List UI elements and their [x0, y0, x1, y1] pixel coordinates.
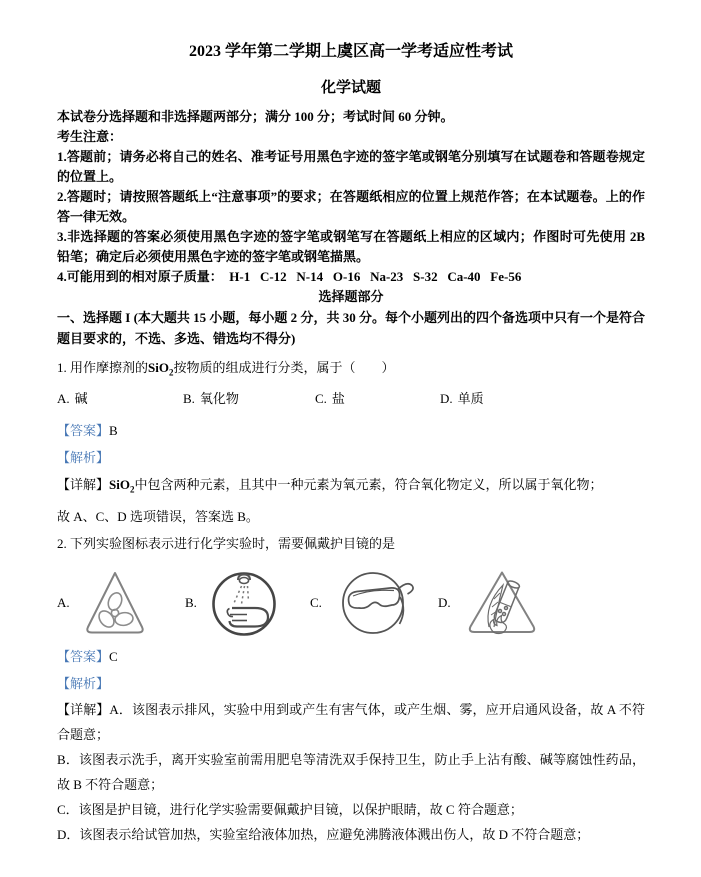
option-label: C. — [310, 595, 322, 611]
exam-title: 2023 学年第二学期上虞区高一学考适应性考试 — [57, 42, 645, 62]
question-1-option-c: C.盐 — [315, 386, 440, 412]
option-text: 单质 — [458, 391, 484, 406]
option-label: C. — [315, 391, 327, 406]
answer-label: 【答案】 — [57, 649, 109, 664]
question-1-stem: 1. 用作摩擦剂的SiO2按物质的组成进行分类，属于（ ） — [57, 355, 645, 386]
detail-label: 【详解】 — [57, 477, 109, 492]
question-2-answer: 【答案】C — [57, 643, 645, 670]
safety-goggles-icon — [336, 567, 420, 639]
option-label: D. — [438, 595, 451, 611]
notice-1: 1.答题前；请务必将自己的姓名、准考证号用黑色字迹的签字笔或钢笔分别填写在试题卷… — [57, 147, 645, 187]
option-label: B. — [183, 391, 195, 406]
question-1-analysis: 【解析】 — [57, 444, 645, 471]
option-text: 碱 — [75, 391, 88, 406]
question-2-option-a: A. — [57, 569, 185, 637]
section-heading: 选择题部分 — [57, 287, 645, 307]
question-1-detail-conclusion: 故 A、C、D 选项错误，答案选 B。 — [57, 503, 645, 530]
notice-2: 2.答题时；请按照答题纸上“注意事项”的要求；在答题纸相应的位置上规范作答；在本… — [57, 187, 645, 227]
answer-value: B — [109, 423, 118, 438]
question-2-analysis: 【解析】 — [57, 670, 645, 697]
ventilation-fan-icon — [84, 569, 146, 637]
question-1-options: A.碱 B.氧化物 C.盐 D.单质 — [57, 386, 645, 412]
detail-text: A．该图表示排风，实验中用到或产生有害气体，或产生烟、雾，应开启通风设备，故 A… — [57, 702, 645, 742]
answer-label: 【答案】 — [57, 423, 109, 438]
formula-base: SiO — [148, 360, 169, 375]
detail-label: 【详解】 — [57, 702, 109, 717]
analysis-label: 【解析】 — [57, 676, 109, 691]
detail-text: 中包含两种元素，且其中一种元素为氧元素，符合氧化物定义，所以属于氧化物； — [134, 477, 602, 492]
question-2-options: A. B. — [57, 565, 645, 641]
question-1-stem-prefix: 1. 用作摩擦剂的 — [57, 360, 148, 375]
notice-4-atomic-masses: 4.可能用到的相对原子质量： H-1 C-12 N-14 O-16 Na-23 … — [57, 267, 645, 287]
question-2-detail-c: C．该图是护目镜，进行化学实验需要佩戴护目镜，以保护眼睛，故 C 符合题意； — [57, 797, 645, 822]
exam-document-page: 2023 学年第二学期上虞区高一学考适应性考试 化学试题 本试卷分选择题和非选择… — [0, 0, 701, 877]
question-1-option-d: D.单质 — [440, 386, 645, 412]
answer-value: C — [109, 649, 118, 664]
option-label: A. — [57, 391, 70, 406]
option-label: D. — [440, 391, 453, 406]
question-2-option-d: D. — [438, 569, 645, 637]
option-text: 氧化物 — [200, 391, 239, 406]
sio2-formula: SiO2 — [148, 360, 173, 375]
formula-base: SiO — [109, 477, 130, 492]
question-1-answer: 【答案】B — [57, 417, 645, 444]
question-2-detail-b: B．该图表示洗手，离开实验室前需用肥皂等清洗双手保持卫生，防止手上沾有酸、碱等腐… — [57, 747, 645, 797]
question-2-detail-d: D．该图表示给试管加热，实验室给液体加热，应避免沸腾液体溅出伤人，故 D 不符合… — [57, 822, 645, 847]
exam-subject-title: 化学试题 — [57, 78, 645, 98]
section-intro: 一、选择题 I (本大题共 15 小题，每小题 2 分，共 30 分。每个小题列… — [57, 307, 645, 349]
exam-intro: 本试卷分选择题和非选择题两部分；满分 100 分；考试时间 60 分钟。 — [57, 107, 645, 127]
notice-3: 3.非选择题的答案必须使用黑色字迹的签字笔或钢笔写在答题纸上相应的区域内；作图时… — [57, 227, 645, 267]
question-2-stem: 2. 下列实验图标表示进行化学实验时，需要佩戴护目镜的是 — [57, 531, 645, 557]
question-1-option-b: B.氧化物 — [183, 386, 315, 412]
question-2-option-b: B. — [185, 567, 310, 639]
question-1-detail: 【详解】SiO2中包含两种元素，且其中一种元素为氧元素，符合氧化物定义，所以属于… — [57, 471, 645, 504]
question-2-detail-a: 【详解】A．该图表示排风，实验中用到或产生有害气体，或产生烟、雾，应开启通风设备… — [57, 697, 645, 747]
question-1-stem-suffix: 按物质的组成进行分类，属于（ ） — [173, 360, 394, 375]
question-1-option-a: A.碱 — [57, 386, 183, 412]
question-2-option-c: C. — [310, 567, 438, 639]
option-label: A. — [57, 595, 70, 611]
sio2-formula: SiO2 — [109, 477, 134, 492]
option-label: B. — [185, 595, 197, 611]
analysis-label: 【解析】 — [57, 450, 109, 465]
notice-heading: 考生注意： — [57, 127, 645, 147]
wash-hands-icon — [211, 567, 277, 639]
heating-test-tube-icon — [465, 569, 539, 637]
option-text: 盐 — [332, 391, 345, 406]
